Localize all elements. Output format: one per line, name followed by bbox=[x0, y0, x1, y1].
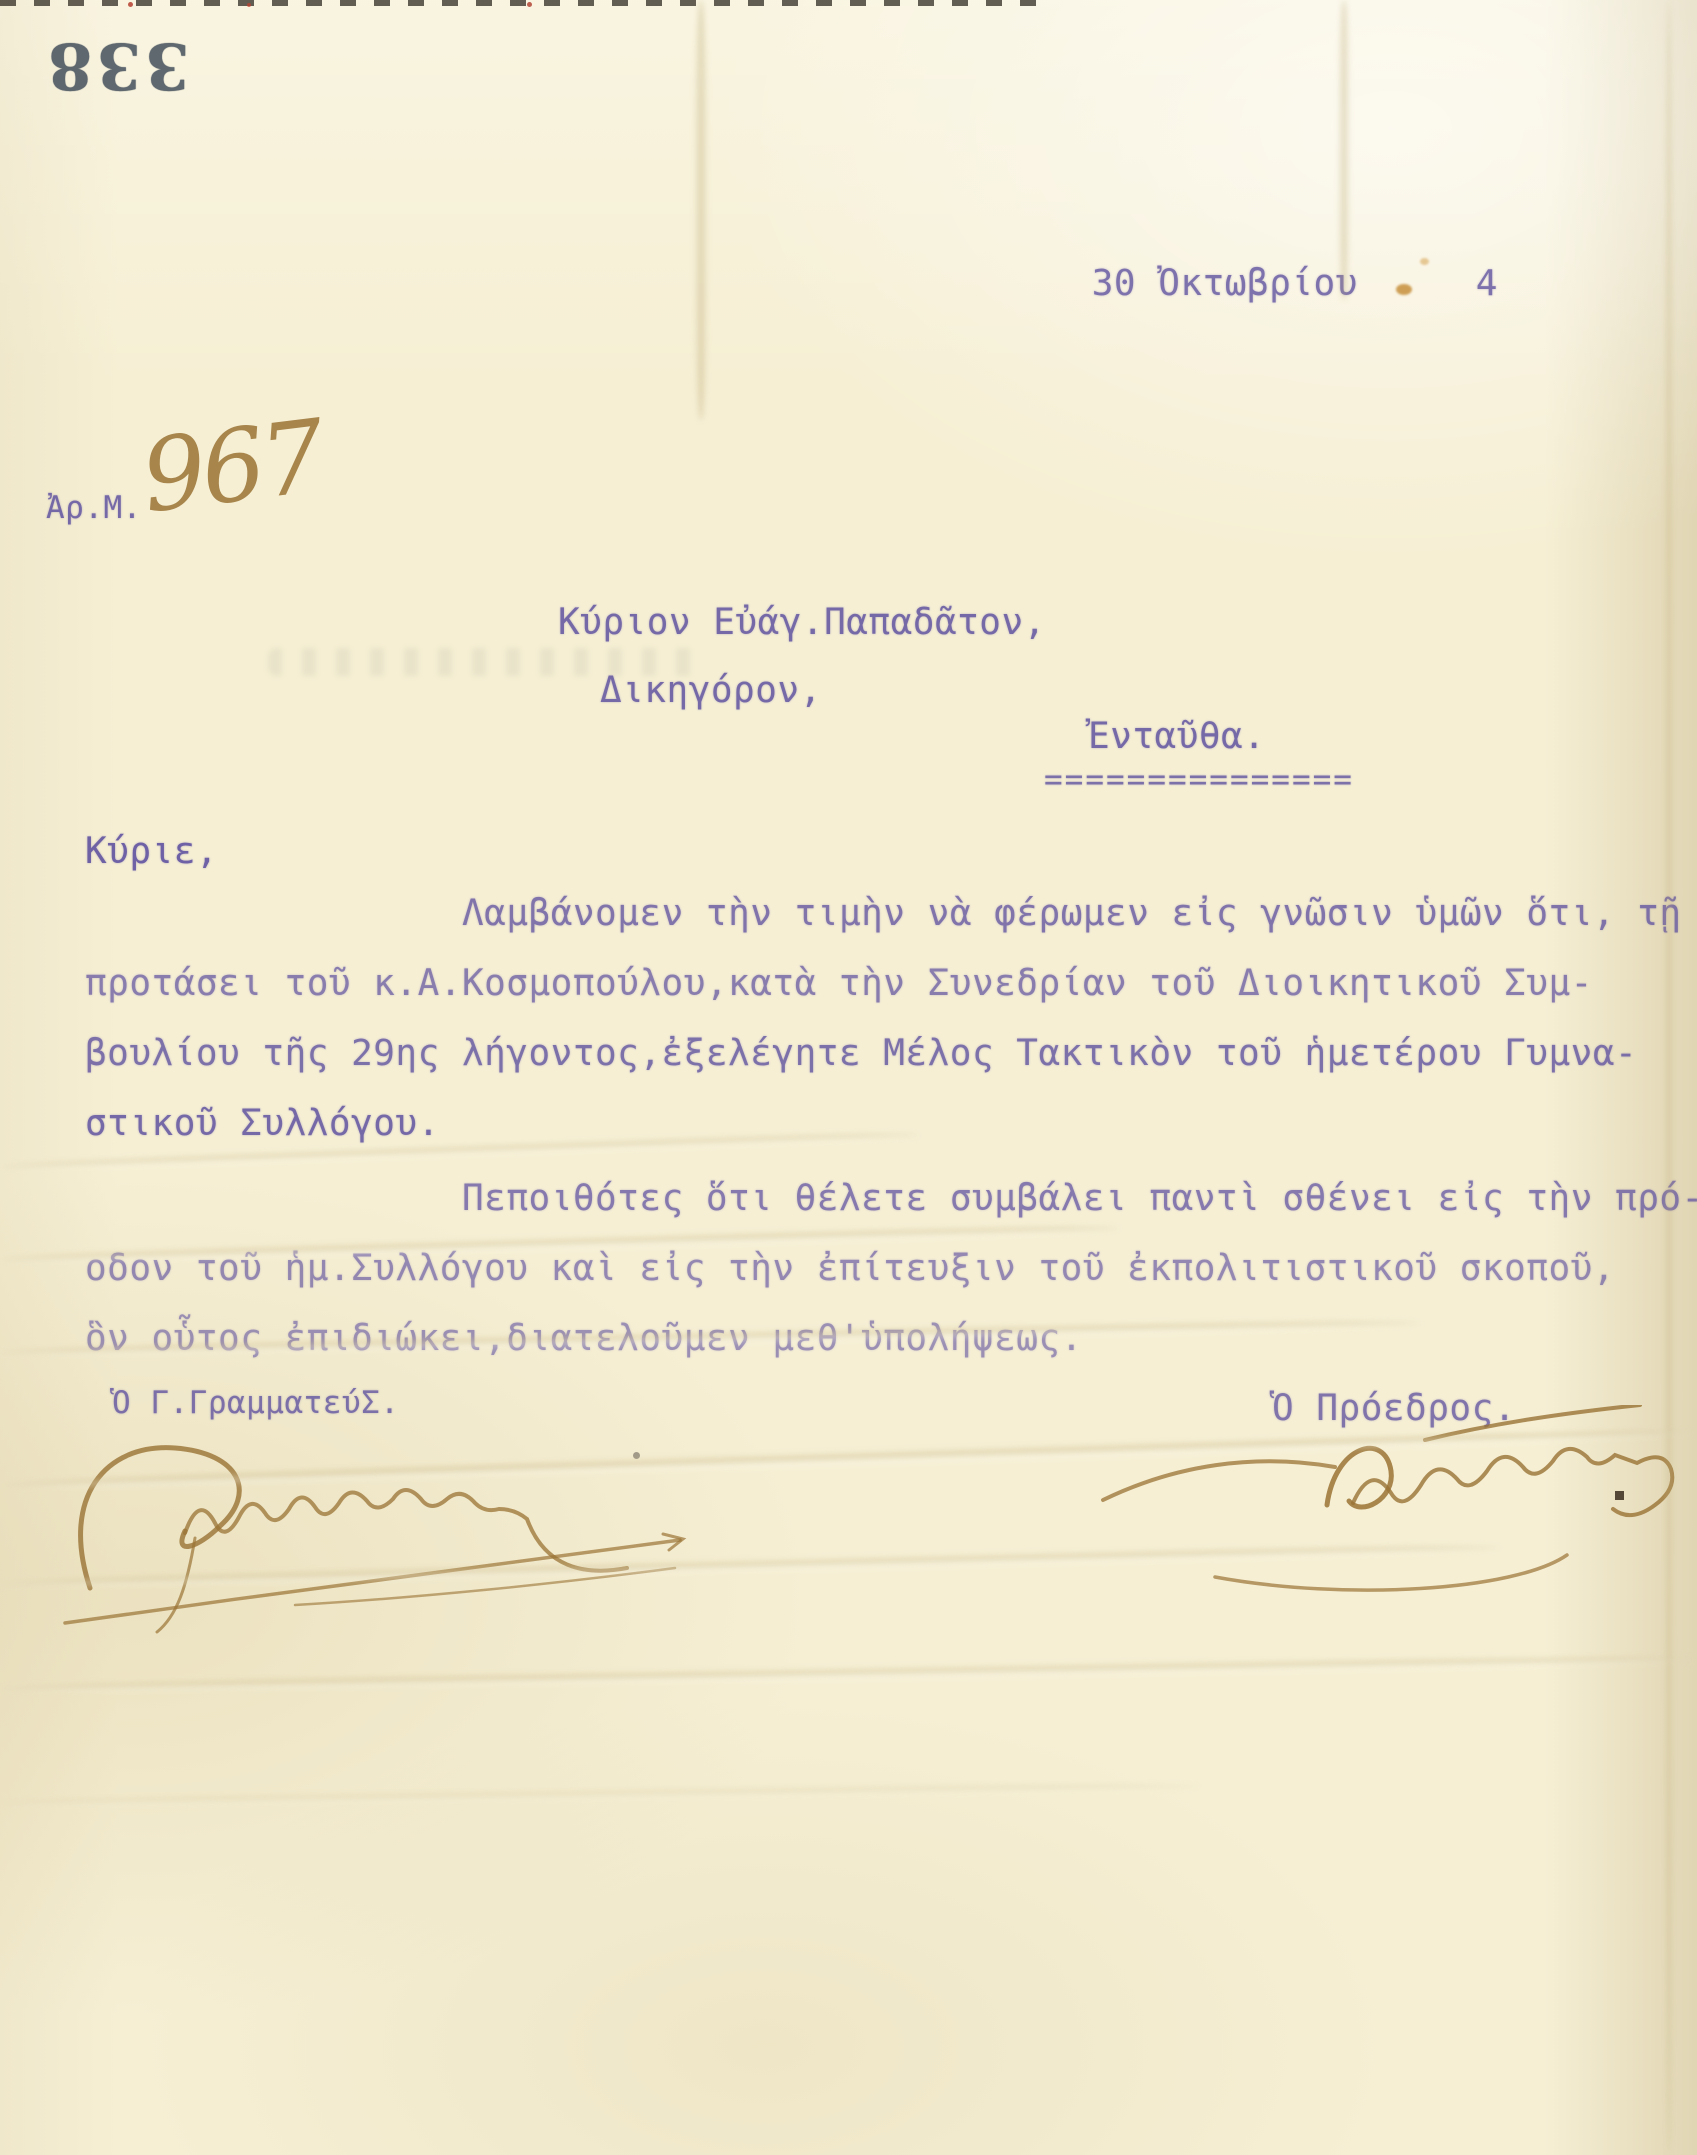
paper-crease bbox=[1338, 0, 1350, 300]
scanned-letter-page: 338 30 Ὀκτωβρίου4 Ἀρ.Μ. 967 Κύριον Εὐάγ.… bbox=[0, 0, 1697, 2155]
body-line: Λαμβάνομεν τὴν τιμὴν νὰ φέρωμεν εἰς γνῶσ… bbox=[462, 893, 1682, 934]
recipient-location: Ἐνταῦθα. bbox=[1088, 716, 1265, 757]
stain-spot bbox=[1420, 258, 1429, 265]
paper-crease bbox=[1664, 0, 1674, 2155]
body-line: Πεποιθότες ὅτι θέλετε συμβάλει παντὶ σθέ… bbox=[462, 1178, 1697, 1219]
stain-spot bbox=[1396, 284, 1412, 295]
ink-dot bbox=[1615, 1491, 1624, 1500]
salutation: Κύριε, bbox=[85, 831, 218, 872]
recipient-name: Κύριον Εὐάγ.Παπαδᾶτον, bbox=[558, 602, 1046, 643]
body-line: προτάσει τοῦ κ.Α.Κοσμοπούλου,κατὰ τὴν Συ… bbox=[85, 963, 1593, 1004]
reference-label: Ἀρ.Μ. bbox=[46, 490, 142, 526]
paper-wrinkle bbox=[0, 1782, 1200, 1809]
red-speck bbox=[527, 2, 532, 7]
secretary-signature bbox=[35, 1418, 695, 1638]
secretary-title: Ὁ Γ.ΓραμματεύΣ. bbox=[112, 1385, 399, 1421]
date-day-month: 30 Ὀκτωβρίου bbox=[1092, 263, 1358, 304]
recipient-underline: =============== bbox=[1044, 762, 1354, 798]
paper-wrinkle bbox=[0, 1653, 1697, 1695]
red-speck bbox=[247, 3, 251, 7]
reference-number-handwritten: 967 bbox=[136, 398, 328, 536]
paper-crease bbox=[694, 0, 708, 420]
date-year-digit: 4 bbox=[1476, 263, 1498, 304]
archive-number-stamp: 338 bbox=[44, 28, 190, 103]
red-speck bbox=[128, 2, 133, 7]
body-line: στικοῦ Συλλόγου. bbox=[85, 1103, 440, 1144]
date-line: 30 Ὀκτωβρίου4 bbox=[1003, 222, 1498, 345]
recipient-title: Δικηγόρον, bbox=[600, 670, 822, 711]
body-line: βουλίου τῆς 29ης λήγοντος,ἐξελέγητε Μέλο… bbox=[85, 1033, 1637, 1074]
